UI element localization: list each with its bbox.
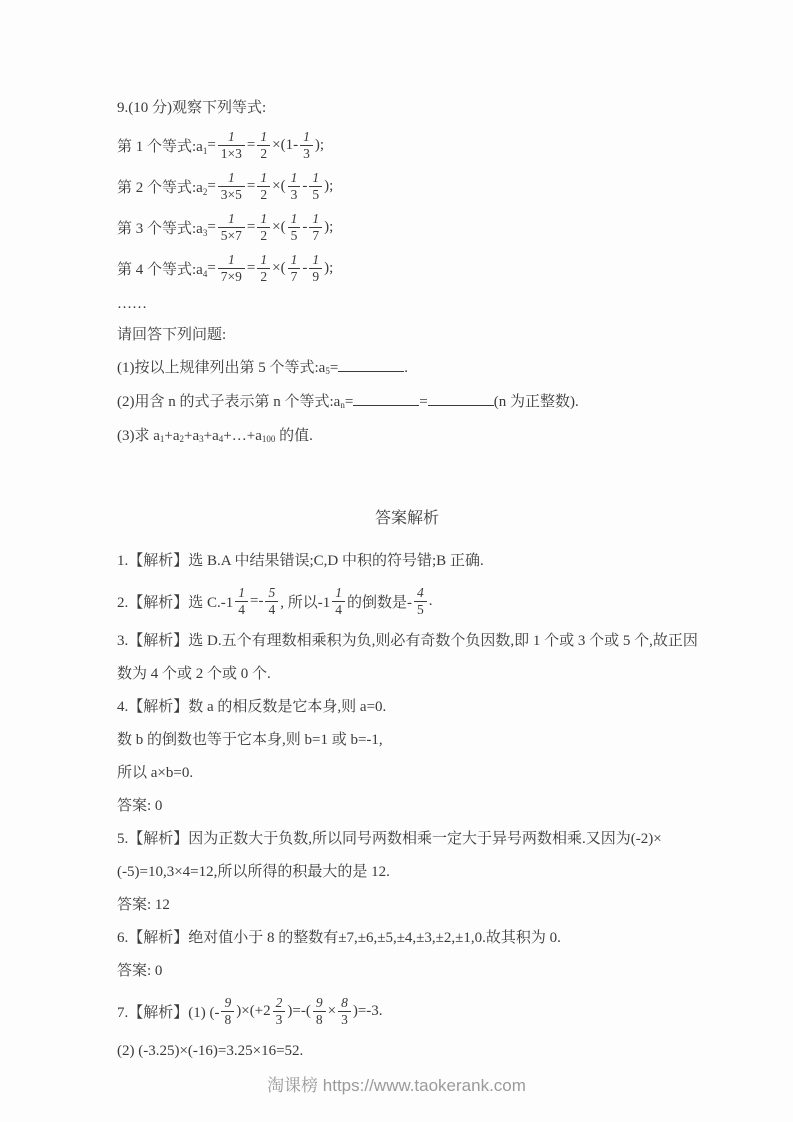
fraction-denominator: 4 [265, 602, 278, 618]
fraction-numerator: 1 [257, 170, 270, 187]
fraction-denominator: 4 [235, 602, 248, 618]
fraction-numerator: 1 [300, 129, 313, 146]
fraction-denominator: 5 [288, 228, 301, 244]
q3-end: 的值. [275, 428, 313, 444]
eq4-label: 第 4 个等式:a [117, 258, 203, 279]
fraction-denominator: 9 [309, 269, 322, 285]
answer-7-line-2: (2) (-3.25)×(-16)=3.25×16=52. [117, 1035, 697, 1068]
fraction-numerator: 1 [288, 252, 301, 269]
eq2-equals: = [207, 178, 215, 195]
fraction: 14 [235, 585, 248, 617]
fraction-numerator: 1 [235, 585, 248, 602]
a7-text: × [328, 1003, 336, 1020]
eq4-mid-equals: = [247, 260, 255, 277]
eq1-subscript: 1 [203, 146, 208, 156]
fraction: 12 [257, 170, 270, 202]
q3-sub-3: 3 [199, 434, 204, 444]
answers-heading: 答案解析 [117, 502, 697, 535]
fraction: 13 [300, 129, 313, 161]
answer-6-result: 答案: 0 [117, 955, 697, 988]
fraction: 15 [288, 211, 301, 243]
fraction-denominator: 5 [414, 602, 427, 618]
fraction: 13×5 [218, 170, 245, 202]
fraction-denominator: 8 [313, 1012, 326, 1028]
fraction: 17 [309, 211, 322, 243]
eq1-label: 第 1 个等式:a [117, 135, 203, 156]
eq4-subscript: 4 [203, 269, 208, 279]
q3-sub-100: 100 [262, 434, 276, 444]
a7-text: 7.【解析】(1) (- [117, 1001, 219, 1022]
eq3-minus: - [302, 219, 307, 236]
q2-text: (2)用含 n 的式子表示第 n 个等式:a [117, 394, 340, 410]
sub-question-1: (1)按以上规律列出第 5 个等式:a5=. [117, 352, 697, 386]
q3-sub-4: 4 [219, 434, 224, 444]
fraction-numerator: 1 [218, 129, 245, 146]
fraction: 23 [273, 995, 286, 1027]
eq1-mid-equals: = [247, 137, 255, 154]
eq4-open: ×( [272, 260, 285, 277]
fraction-denominator: 2 [257, 187, 270, 203]
a2-text: , 所以-1 [280, 591, 330, 612]
answer-blank [428, 391, 494, 406]
answer-4-line-3: 所以 a×b=0. [117, 757, 697, 790]
q2-mid-equals: = [419, 394, 427, 410]
fraction-denominator: 3 [273, 1012, 286, 1028]
fraction-denominator: 3 [338, 1012, 351, 1028]
fraction-numerator: 9 [313, 995, 326, 1012]
fraction-numerator: 1 [218, 252, 245, 269]
q3-sub-1: 1 [160, 434, 165, 444]
fraction: 17 [288, 252, 301, 284]
fraction-numerator: 1 [332, 585, 345, 602]
eq1-equals: = [207, 137, 215, 154]
q3-ellipsis-plus: +…+a [223, 428, 262, 444]
fraction-numerator: 1 [257, 129, 270, 146]
fraction-numerator: 1 [288, 170, 301, 187]
answer-5-line-2: (-5)=10,3×4=12,所以所得的积最大的是 12. [117, 856, 697, 889]
footer-text: 淘课榜 https://www.taokerank.com [267, 1076, 526, 1095]
a2-text: . [429, 593, 433, 610]
document-content: 9.(10 分)观察下列等式: 第 1 个等式:a1= 11×3 = 12 ×(… [0, 0, 793, 1068]
fraction-denominator: 8 [221, 1012, 234, 1028]
eq1-open: ×(1- [272, 137, 298, 154]
fraction: 15×7 [218, 211, 245, 243]
eq3-subscript: 3 [203, 228, 208, 238]
fraction-numerator: 8 [338, 995, 351, 1012]
a2-text: 2.【解析】选 C.-1 [117, 591, 233, 612]
q3-plus: +a [184, 428, 199, 444]
watermark-footer: 淘课榜 https://www.taokerank.com [0, 1071, 793, 1096]
a2-text: 的倒数是- [347, 591, 412, 612]
eq2-open: ×( [272, 178, 285, 195]
document-page: 9.(10 分)观察下列等式: 第 1 个等式:a1= 11×3 = 12 ×(… [0, 0, 793, 1122]
answer-4-line-2: 数 b 的倒数也等于它本身,则 b=1 或 b=-1, [117, 724, 697, 757]
eq3-equals: = [207, 219, 215, 236]
a7-text: )=-( [287, 1003, 310, 1020]
fraction-numerator: 2 [273, 995, 286, 1012]
fraction: 17×9 [218, 252, 245, 284]
eq3-label: 第 3 个等式:a [117, 217, 203, 238]
fraction: 98 [221, 995, 234, 1027]
fraction: 45 [414, 585, 427, 617]
q1-subscript: 5 [325, 366, 330, 376]
q2-equals: = [345, 394, 353, 410]
fraction: 12 [257, 129, 270, 161]
q1-end: . [404, 360, 408, 376]
fraction-numerator: 1 [218, 170, 245, 187]
fraction-denominator: 5 [309, 187, 322, 203]
q3-plus: +a [204, 428, 219, 444]
eq1-tail: ); [315, 137, 324, 154]
fraction-numerator: 1 [257, 211, 270, 228]
sub-question-2: (2)用含 n 的式子表示第 n 个等式:an==(n 为正整数). [117, 386, 697, 420]
equation-line-4: 第 4 个等式:a4= 17×9 = 12 ×( 17 - 19 ); [117, 248, 697, 289]
fraction: 14 [332, 585, 345, 617]
equation-line-1: 第 1 个等式:a1= 11×3 = 12 ×(1- 13 ); [117, 125, 697, 166]
eq2-minus: - [302, 178, 307, 195]
answer-1: 1.【解析】选 B.A 中结果错误;C,D 中积的符号错;B 正确. [117, 545, 697, 578]
q1-equals: = [330, 360, 338, 376]
fraction-denominator: 3 [300, 146, 313, 162]
fraction-numerator: 5 [265, 585, 278, 602]
answer-6: 6.【解析】绝对值小于 8 的整数有±7,±6,±5,±4,±3,±2,±1,0… [117, 922, 697, 955]
eq4-minus: - [302, 260, 307, 277]
fraction: 15 [309, 170, 322, 202]
fraction-denominator: 2 [257, 228, 270, 244]
question-prompt: 请回答下列问题: [117, 319, 697, 352]
a7-text: )=-3. [353, 1003, 383, 1020]
eq3-tail: ); [324, 219, 333, 236]
a7-text: )×(+2 [236, 1003, 270, 1020]
answer-blank [338, 357, 404, 372]
fraction: 19 [309, 252, 322, 284]
eq4-equals: = [207, 260, 215, 277]
fraction-denominator: 2 [257, 269, 270, 285]
eq2-mid-equals: = [247, 178, 255, 195]
fraction-denominator: 2 [257, 146, 270, 162]
a2-text: =- [250, 593, 263, 610]
answer-3-line-2: 数为 4 个或 2 个或 0 个. [117, 658, 697, 691]
eq2-label: 第 2 个等式:a [117, 176, 203, 197]
fraction-numerator: 1 [218, 211, 245, 228]
fraction-denominator: 4 [332, 602, 345, 618]
equation-line-2: 第 2 个等式:a2= 13×5 = 12 ×( 13 - 15 ); [117, 166, 697, 207]
answer-5-result: 答案: 12 [117, 889, 697, 922]
fraction: 11×3 [218, 129, 245, 161]
answer-2: 2.【解析】选 C.-1 14 =- 54 , 所以-1 14 的倒数是- 45… [117, 578, 697, 625]
answer-4-line-1: 4.【解析】数 a 的相反数是它本身,则 a=0. [117, 691, 697, 724]
fraction-numerator: 4 [414, 585, 427, 602]
q2-end: (n 为正整数). [494, 394, 579, 410]
q3-sub-2: 2 [180, 434, 185, 444]
eq2-subscript: 2 [203, 187, 208, 197]
answer-blank [353, 391, 419, 406]
fraction: 12 [257, 252, 270, 284]
fraction: 13 [288, 170, 301, 202]
fraction-denominator: 7×9 [218, 269, 245, 285]
fraction-numerator: 1 [309, 170, 322, 187]
answer-3-line-1: 3.【解析】选 D.五个有理数相乘积为负,则必有奇数个负因数,即 1 个或 3 … [117, 625, 697, 658]
fraction-denominator: 3 [288, 187, 301, 203]
fraction-denominator: 5×7 [218, 228, 245, 244]
sub-question-3: (3)求 a1+a2+a3+a4+…+a100 的值. [117, 420, 697, 454]
fraction-numerator: 9 [221, 995, 234, 1012]
answer-5-line-1: 5.【解析】因为正数大于负数,所以同号两数相乘一定大于异号两数相乘.又因为(-2… [117, 823, 697, 856]
question-9-title: 9.(10 分)观察下列等式: [117, 92, 697, 125]
fraction-denominator: 7 [309, 228, 322, 244]
eq3-open: ×( [272, 219, 285, 236]
fraction-numerator: 1 [309, 211, 322, 228]
fraction-denominator: 7 [288, 269, 301, 285]
fraction-numerator: 1 [309, 252, 322, 269]
q2-subscript: n [340, 400, 345, 410]
fraction-denominator: 3×5 [218, 187, 245, 203]
q1-text: (1)按以上规律列出第 5 个等式:a [117, 360, 325, 376]
fraction: 12 [257, 211, 270, 243]
equation-line-3: 第 3 个等式:a3= 15×7 = 12 ×( 15 - 17 ); [117, 207, 697, 248]
answer-7-line-1: 7.【解析】(1) (- 98 )×(+2 23 )=-( 98 × 83 )=… [117, 988, 697, 1035]
fraction-numerator: 1 [288, 211, 301, 228]
answer-4-result: 答案: 0 [117, 790, 697, 823]
fraction: 83 [338, 995, 351, 1027]
fraction-numerator: 1 [257, 252, 270, 269]
q3-text: (3)求 a [117, 428, 160, 444]
fraction: 98 [313, 995, 326, 1027]
eq2-tail: ); [324, 178, 333, 195]
ellipsis-line: …… [117, 289, 697, 319]
q3-plus: +a [164, 428, 179, 444]
fraction-denominator: 1×3 [218, 146, 245, 162]
fraction: 54 [265, 585, 278, 617]
eq3-mid-equals: = [247, 219, 255, 236]
eq4-tail: ); [324, 260, 333, 277]
